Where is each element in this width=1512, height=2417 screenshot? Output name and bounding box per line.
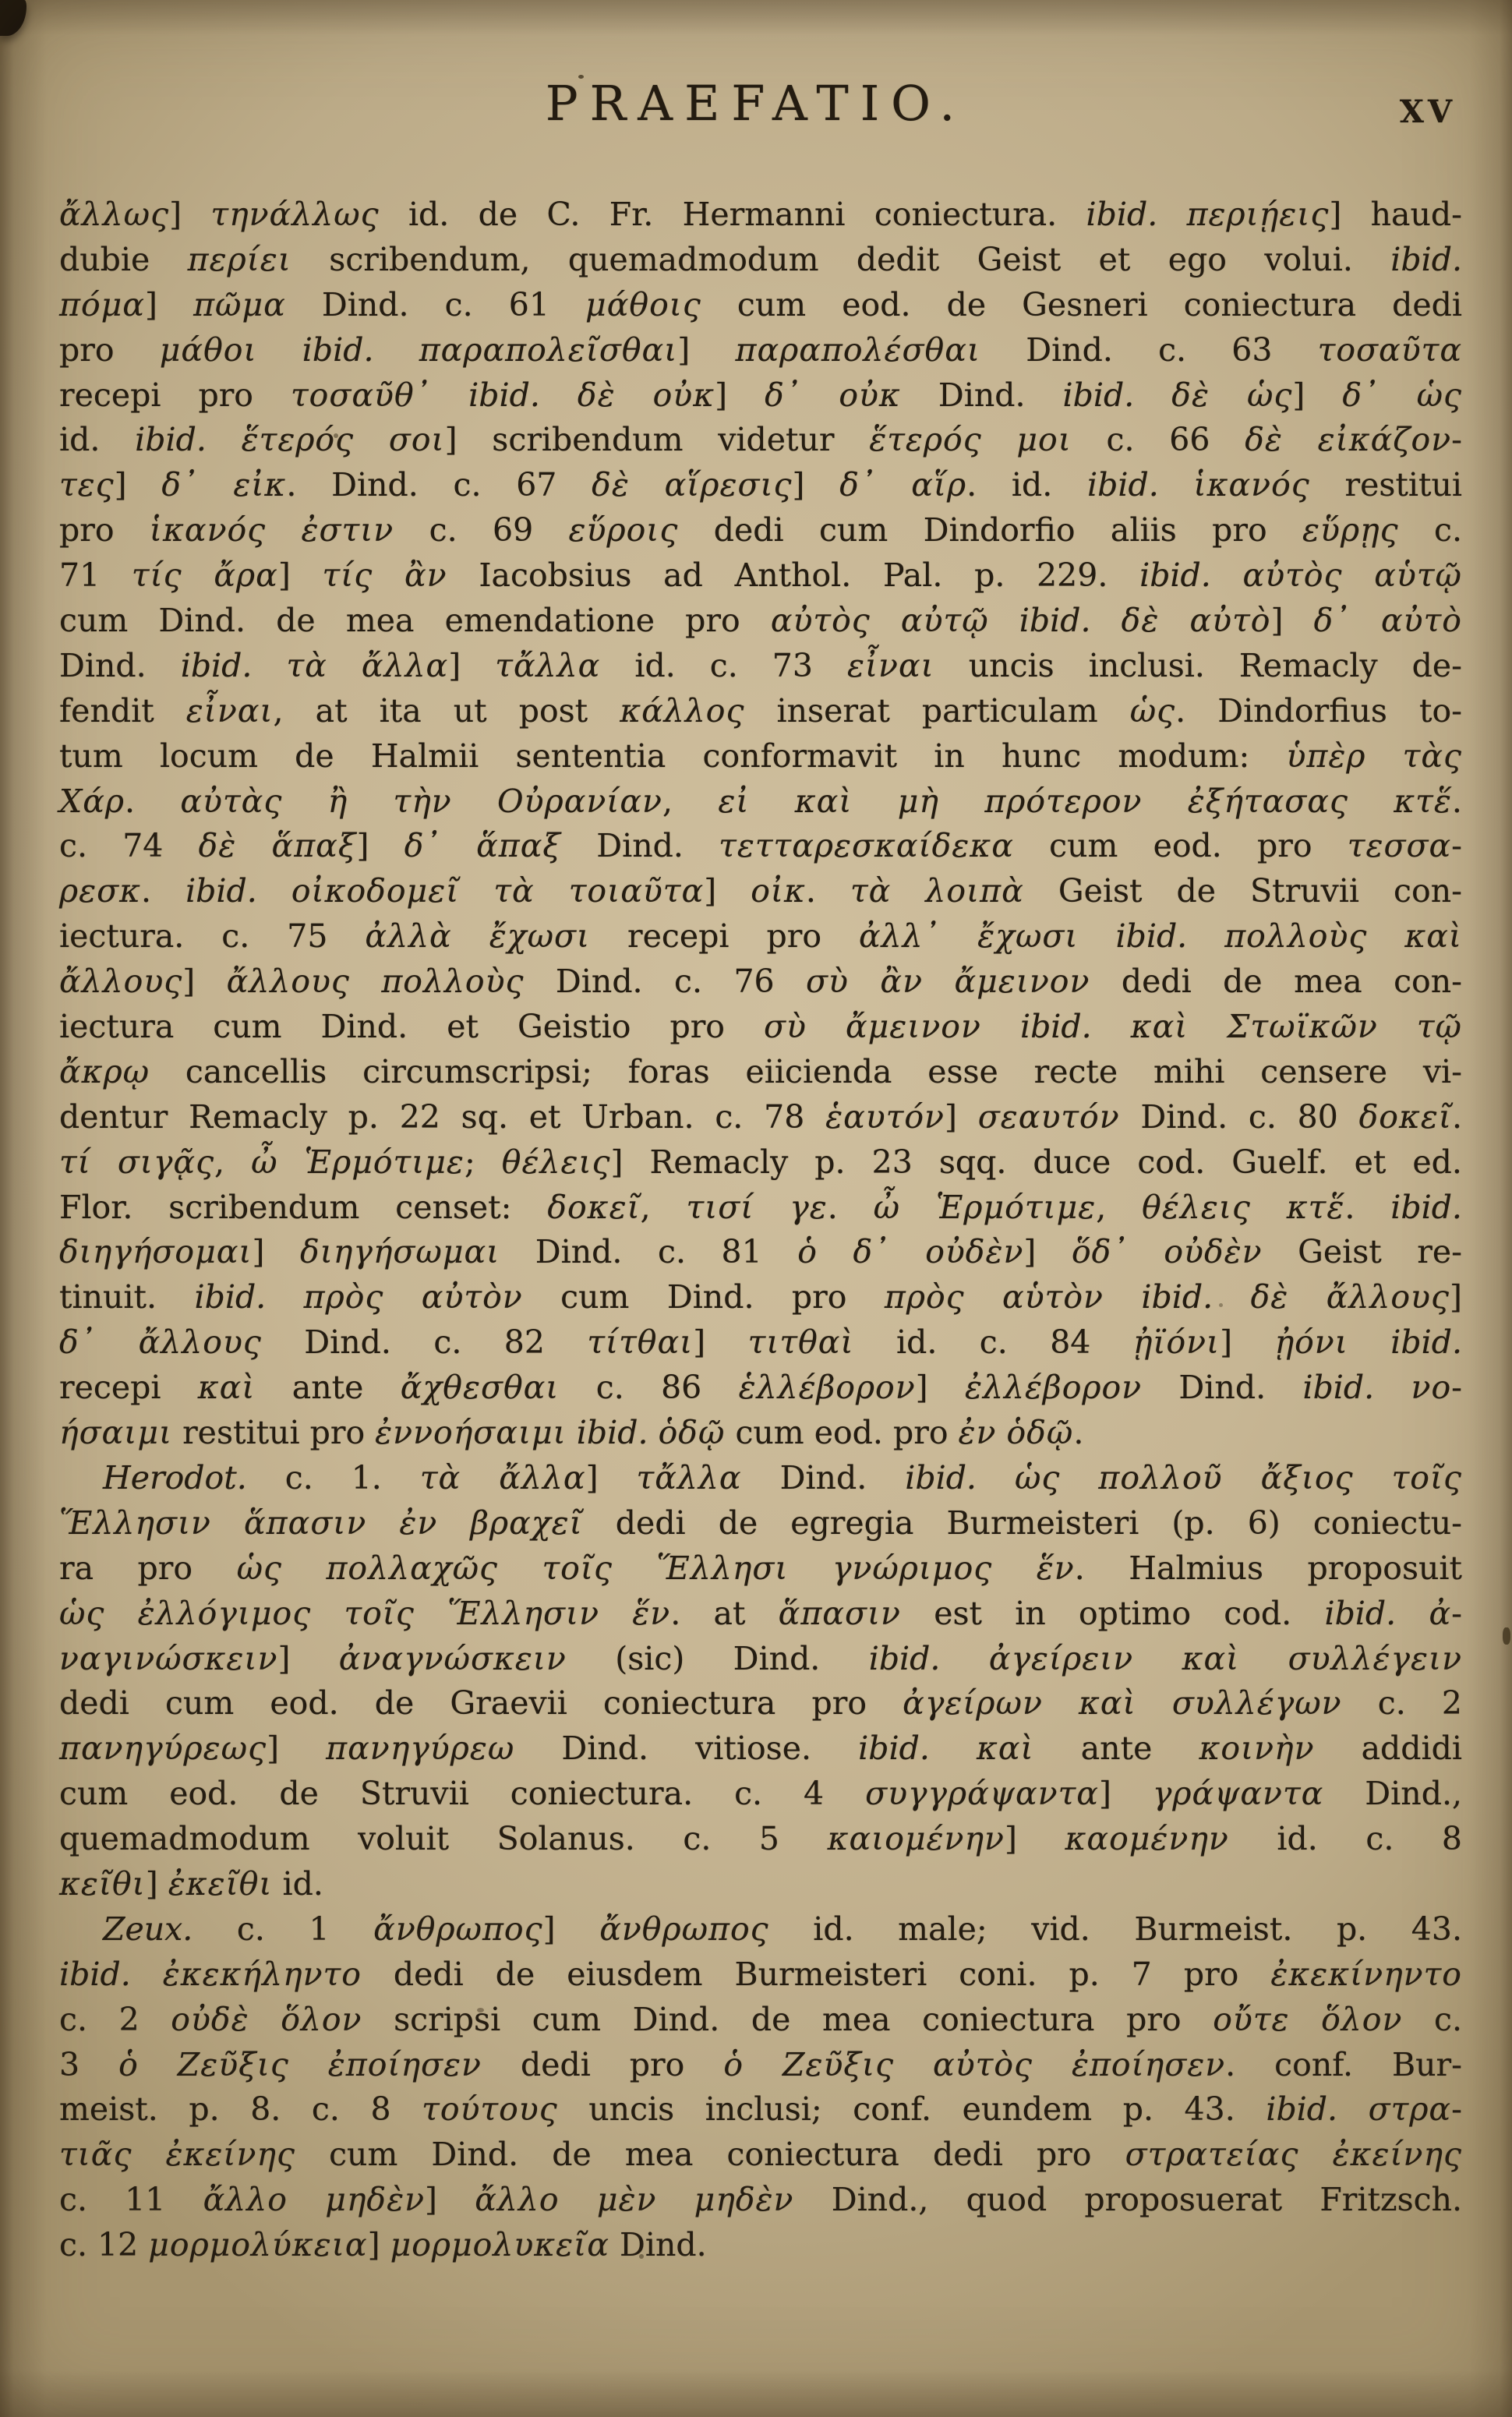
text-line: ναγινώσκειν] ἀναγνώσκειν (sic) Dind. ibi…	[59, 1637, 1462, 1682]
text-line: ἄλλως] τηνάλλως id. de C. Fr. Hermanni c…	[59, 193, 1462, 238]
text-line: τί σιγᾷς, ὦ Ἑρμότιμε; θέλεις] Remacly p.…	[59, 1140, 1462, 1186]
page-number: XV	[1400, 94, 1456, 130]
text-line: ra pro ὡς πολλαχῶς τοῖς Ἕλλησι γνώριμος …	[59, 1546, 1462, 1592]
text-line: τιᾶς ἐκείνης cum Dind. de mea coniectura…	[59, 2133, 1462, 2178]
text-line: c. 2 οὐδὲ ὅλον scripsi cum Dind. de mea …	[59, 1998, 1462, 2043]
page-header: PRAEFATIO. XV	[0, 75, 1512, 145]
text-line: quemadmodum voluit Solanus. c. 5 καιομέν…	[59, 1817, 1462, 1862]
text-line: Flor. scribendum censet: δοκεῖ, τισί γε.…	[59, 1186, 1462, 1231]
text-line: recepi pro τοσαῦθ᾽ ibid. δὲ οὐκ] δ᾽ οὐκ …	[59, 373, 1462, 419]
text-line: ἄλλους] ἄλλους πολλοὺς Dind. c. 76 σὺ ἂν…	[59, 959, 1462, 1005]
text-line: Χάρ. αὐτὰς ἢ τὴν Οὐρανίαν, εἰ καὶ μὴ πρό…	[59, 779, 1462, 825]
text-line: ἄκρῳ cancellis circumscripsi; foras eiic…	[59, 1050, 1462, 1095]
running-title: PRAEFATIO.	[0, 75, 1512, 132]
text-line: recepi καὶ ante ἄχθεσθαι c. 86 ἑλλέβορον…	[59, 1366, 1462, 1411]
text-line: δ᾽ ἄλλους Dind. c. 82 τίτθαι] τιτθαὶ id.…	[59, 1320, 1462, 1366]
text-line: dubie περίει scribendum, quemadmodum ded…	[59, 238, 1462, 283]
text-line: Zeux. c. 1 ἄνθρωπος] ἄνθρωπος id. male; …	[59, 1907, 1462, 1952]
text-line: dentur Remacly p. 22 sq. et Urban. c. 78…	[59, 1095, 1462, 1140]
text-line: ὡς ἐλλόγιμος τοῖς Ἕλλησιν ἕν. at ἅπασιν …	[59, 1592, 1462, 1637]
paper-speck	[578, 75, 584, 79]
text-line: c. 11 ἄλλο μηδὲν] ἄλλο μὲν μηδὲν Dind., …	[59, 2178, 1462, 2223]
text-line: iectura cum Dind. et Geistio pro σὺ ἄμει…	[59, 1005, 1462, 1050]
text-line: 3 ὁ Ζεῦξις ἐποίησεν dedi pro ὁ Ζεῦξις αὐ…	[59, 2043, 1462, 2088]
text-line: tinuit. ibid. πρὸς αὐτὸν cum Dind. pro π…	[59, 1275, 1462, 1320]
text-line: fendit εἶναι, at ita ut post κάλλος inse…	[59, 689, 1462, 734]
text-line: πόμα] πῶμα Dind. c. 61 μάθοις cum eod. d…	[59, 283, 1462, 328]
text-line: Dind. ibid. τὰ ἄλλα] τἄλλα id. c. 73 εἶν…	[59, 644, 1462, 689]
paper-speck	[477, 2008, 484, 2012]
text-line: cum eod. de Struvii coniectura. c. 4 συγ…	[59, 1772, 1462, 1817]
paper-speck	[1219, 1303, 1223, 1307]
text-line: τες] δ᾽ εἰκ. Dind. c. 67 δὲ αἵρεσις] δ᾽ …	[59, 463, 1462, 508]
text-line: tum locum de Halmii sententia conformavi…	[59, 734, 1462, 779]
paper-speck	[1503, 1627, 1510, 1645]
text-line: dedi cum eod. de Graevii coniectura pro …	[59, 1681, 1462, 1726]
text-line: c. 12 μορμολύκεια] μορμολυκεῖα Dind.	[59, 2223, 1462, 2268]
paper-speck	[639, 2254, 644, 2259]
text-line: Ἕλλησιν ἅπασιν ἐν βραχεῖ dedi de egregia…	[59, 1501, 1462, 1546]
text-line: ήσαιμι restitui pro ἐννοήσαιμι ibid. ὁδῷ…	[59, 1411, 1462, 1456]
paper-speck	[334, 433, 338, 438]
text-line: Herodot. c. 1. τὰ ἄλλα] τἄλλα Dind. ibid…	[59, 1456, 1462, 1501]
text-line: πανηγύρεως] πανηγύρεω Dind. vitiose. ibi…	[59, 1726, 1462, 1772]
text-line: κεῖθι] ἐκεῖθι id.	[59, 1862, 1462, 1907]
scan-corner-blemish	[0, 0, 26, 36]
text-line: c. 74 δὲ ἅπαξ] δ᾽ ἅπαξ Dind. τετταρεσκαί…	[59, 824, 1462, 869]
text-line: iectura. c. 75 ἀλλὰ ἔχωσι recepi pro ἀλλ…	[59, 914, 1462, 959]
text-line: ρεσκ. ibid. οἰκοδομεῖ τὰ τοιαῦτα] οἰκ. τ…	[59, 869, 1462, 914]
text-line: 71 τίς ἄρα] τίς ἂν Iacobsius ad Anthol. …	[59, 553, 1462, 599]
text-line: meist. p. 8. c. 8 τούτους uncis inclusi;…	[59, 2087, 1462, 2133]
text-line: pro μάθοι ibid. παραπολεῖσθαι] παραπολέσ…	[59, 328, 1462, 373]
text-line: id. ibid. ἕτερός σοι] scribendum videtur…	[59, 418, 1462, 463]
book-page-scan: PRAEFATIO. XV ἄλλως] τηνάλλως id. de C. …	[0, 0, 1512, 2417]
text-line: ibid. ἐκεκήληντο dedi de eiusdem Burmeis…	[59, 1952, 1462, 1998]
text-line: διηγήσομαι] διηγήσωμαι Dind. c. 81 ὁ δ᾽ …	[59, 1230, 1462, 1275]
text-line: cum Dind. de mea emendatione pro αὐτὸς α…	[59, 599, 1462, 644]
text-block: ἄλλως] τηνάλλως id. de C. Fr. Hermanni c…	[59, 193, 1462, 2268]
text-line: pro ἱκανός ἐστιν c. 69 εὕροις dedi cum D…	[59, 508, 1462, 553]
